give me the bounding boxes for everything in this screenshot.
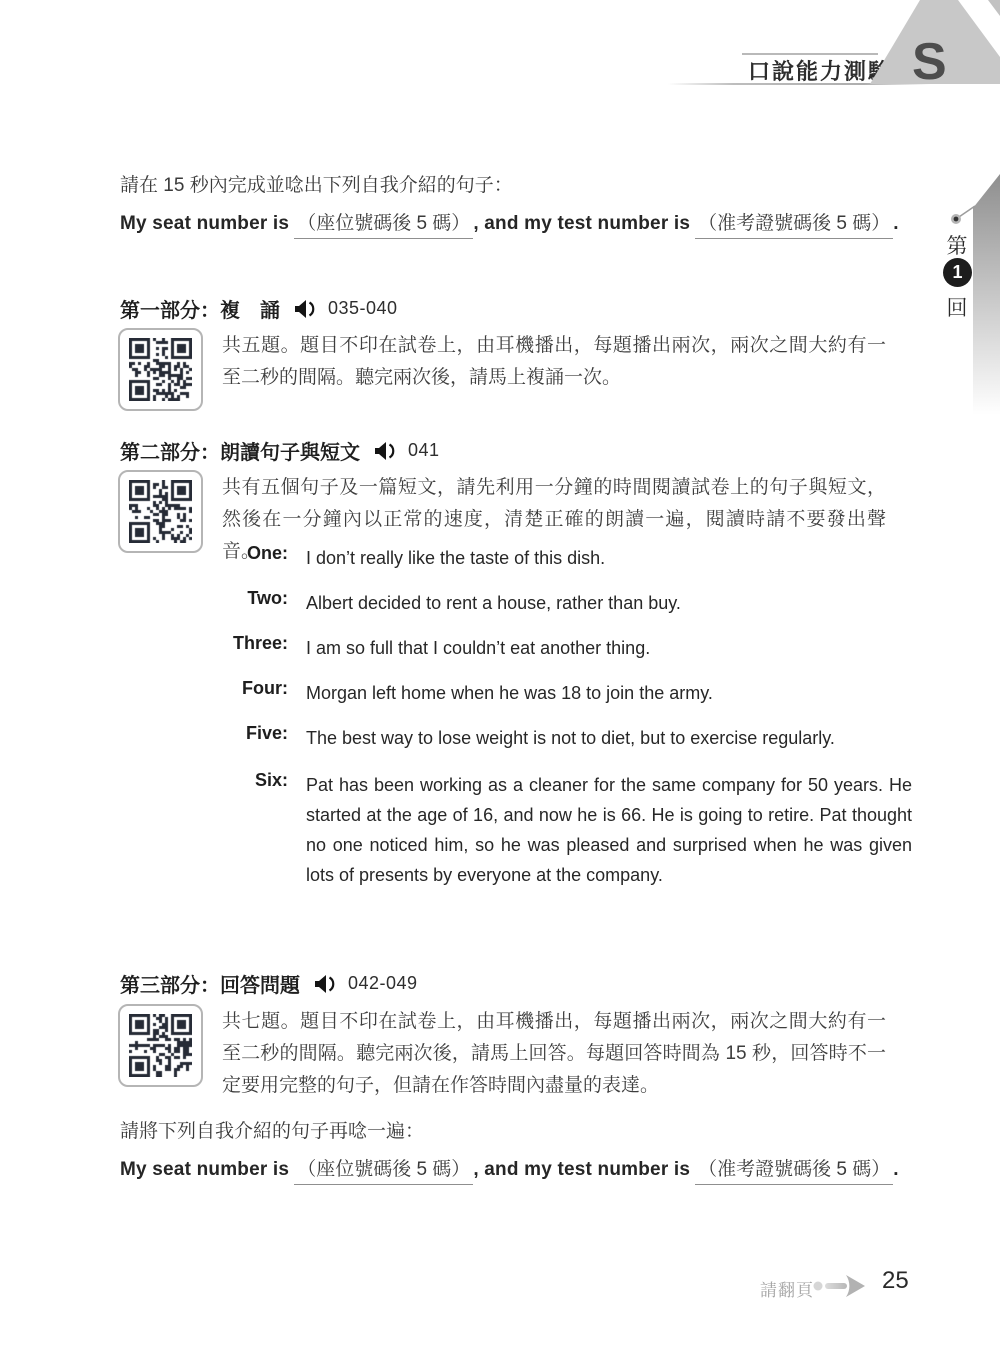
section-letter-s: S [912,36,947,88]
qr-code-image [129,338,192,401]
section-2-title: 第二部分：朗讀句子與短文 [120,436,360,465]
qr-code-image [129,1014,192,1077]
turn-page-label: 請翻頁 [760,1276,814,1301]
sentence-part2: , and my test number is [473,1159,690,1180]
reading-item-text: I am so full that I couldn’t eat another… [306,633,912,663]
side-tab-char-first: 第 [944,230,970,260]
side-tab-char-last: 回 [944,292,970,322]
reading-item-label: Six: [120,770,288,791]
sentence-part1: My seat number is [120,213,289,234]
test-number-blank: （准考證號碼後 5 碼） [695,208,893,239]
reading-item-label: Five: [120,723,288,744]
speaker-icon [294,299,318,319]
outro-instruction: 請將下列自我介紹的句子再唸一遍： [120,1116,424,1143]
test-book-page: 口說能力測驗 S 第 1 回 請在 15 秒內完成並唸出下列自我介紹的句子： M… [0,0,1000,1369]
sentence-period: . [893,1159,898,1180]
page-number: 25 [882,1267,909,1295]
section-3-audio-track: 042-049 [348,973,418,994]
section-3-description: 共七題。題目不印在試卷上，由耳機播出，每題播出兩次，兩次之間大約有一至二秒的間隔… [222,1006,886,1102]
qr-code-section-3 [118,1004,203,1087]
section-1-description: 共五題。題目不印在試卷上，由耳機播出，每題播出兩次，兩次之間大約有一至二秒的間隔… [222,330,886,394]
bullet-dot-icon [951,214,961,224]
section-2-audio-track: 041 [408,440,440,461]
reading-item-text: Albert decided to rent a house, rather t… [306,588,912,618]
qr-code-image [129,480,192,543]
reading-item-text: I don’t really like the taste of this di… [306,543,912,573]
reading-item-label: Three: [120,633,288,654]
reading-item-text: Pat has been working as a cleaner for th… [306,770,912,890]
section-1-title: 第一部分：複 誦 [120,294,280,323]
seat-number-blank: （座位號碼後 5 碼） [294,1154,473,1185]
sentence-part1: My seat number is [120,1159,289,1180]
reading-item-label: Four: [120,678,288,699]
section-1-audio-track: 035-040 [328,298,398,319]
speaker-icon [374,441,398,461]
sentence-period: . [893,213,898,234]
right-arrow-icon [812,1270,876,1302]
test-number-blank: （准考證號碼後 5 碼） [695,1154,893,1185]
reading-item-text: The best way to lose weight is not to di… [306,723,912,753]
section-1-title-row: 第一部分：複 誦 035-040 [120,294,398,323]
intro-instruction: 請在 15 秒內完成並唸出下列自我介紹的句子： [120,170,513,197]
side-tab-round-number: 1 [943,258,972,287]
self-intro-sentence-bottom: My seat number is（座位號碼後 5 碼）, and my tes… [120,1154,899,1185]
seat-number-blank: （座位號碼後 5 碼） [294,208,473,239]
section-3-title-row: 第三部分：回答問題 042-049 [120,969,418,998]
reading-item-label: One: [120,543,288,564]
qr-code-section-2 [118,470,203,553]
section-3-title: 第三部分：回答問題 [120,969,300,998]
section-2-title-row: 第二部分：朗讀句子與短文 041 [120,436,440,465]
reading-item-text: Morgan left home when he was 18 to join … [306,678,912,708]
qr-code-section-1 [118,328,203,411]
speaker-icon [314,974,338,994]
reading-item-label: Two: [120,588,288,609]
self-intro-sentence-top: My seat number is（座位號碼後 5 碼）, and my tes… [120,208,899,239]
sentence-part2: , and my test number is [473,213,690,234]
